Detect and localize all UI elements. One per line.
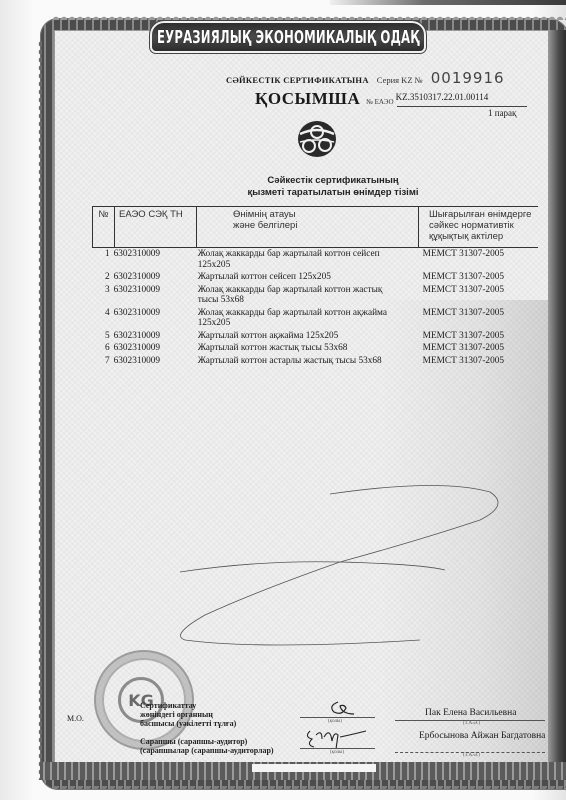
list-title-line2: қызметі таратылатын өнімдер тізімі [150,187,516,199]
row-code: 6302310009 [114,272,196,283]
row-number: 7 [92,356,114,367]
table-row: 36302310009Жолақ жаккарды бар жартылай к… [92,285,537,306]
head-signature-label: Сертификаттау жөніндегі органның басшысы… [140,701,236,728]
frame-scallop-left [36,40,42,780]
product-name-line1: Жартылай коттон сейсеп 125х205 [198,272,413,283]
expert-name: Ербосынова Айжан Багдатовна [419,731,545,741]
row-number: 4 [92,308,114,329]
product-name-line1: Жартылай коттон астарлы жастық тысы 53х6… [198,356,413,367]
row-number: 6 [92,343,114,354]
row-standard: МЕМСТ 31307-2005 [413,249,537,270]
header-code: ЕАЭО СЭҚ ТН [115,207,197,247]
product-name-line1: Жолақ жаккарды бар жартылай коттон сейсе… [198,249,413,260]
certification-emblem-icon [296,120,338,158]
row-standard: МЕМСТ 31307-2005 [413,308,537,329]
row-standard: МЕМСТ 31307-2005 [413,331,537,342]
row-code: 6302310009 [114,343,196,354]
table-row: 76302310009Жартылай коттон астарлы жасты… [92,356,537,367]
list-title-line1: Сәйкестік сертификатының [150,175,516,187]
header-standards: Шығарылған өнімдерге сәйкес нормативтік … [419,207,538,247]
product-name-line2: тысы 53х68 [198,295,413,306]
table-row: 16302310009Жолақ жаккарды бар жартылай к… [92,249,537,270]
row-number: 2 [92,272,114,283]
product-name-line1: Жартылай коттон жастық тысы 53х68 [198,343,413,354]
expert-signature-label: Сарапшы (сарапшы-аудитор) (сарапшылар (с… [140,737,274,755]
product-name-line2: 125х205 [198,260,413,271]
scan-shadow [380,300,548,770]
frame-scallop-bottom [52,786,566,792]
printer-imprint [252,764,376,772]
appendix-title: ҚОСЫМША [255,89,360,109]
expert-name-caption: (Т.А.Ә.) [463,753,480,758]
head-signature-line [300,717,375,718]
row-product-name: Жолақ жаккарды бар жартылай коттон жасты… [196,285,413,306]
row-product-name: Жартылай коттон сейсеп 125х205 [196,272,413,283]
series-label: Серия KZ № [377,75,423,85]
scan-edge [330,0,566,5]
header-name-line2: және белгілері [233,220,414,231]
table-row: 46302310009Жолақ жаккарды бар жартылай к… [92,308,537,329]
registration-number: KZ.3510317.22.01.00114 [396,92,489,102]
row-code: 6302310009 [114,356,196,367]
table-row: 66302310009Жартылай коттон жастық тысы 5… [92,343,537,354]
row-standard: МЕМСТ 31307-2005 [413,272,537,283]
row-product-name: Жартылай коттон жастық тысы 53х68 [196,343,413,354]
row-number: 5 [92,331,114,342]
sheet-count: 1 парақ [488,108,516,118]
header-std-line3: құқықтық актілер [429,231,534,242]
product-name-line1: Жартылай коттон ақжайма 125х205 [198,331,413,342]
frame-scallop-top [52,14,566,20]
row-standard: МЕМСТ 31307-2005 [413,285,537,306]
frame-right-edge [548,30,566,770]
union-banner: ЕУРАЗИЯЛЫҚ ЭКОНОМИКАЛЫҚ ОДАҚ [150,21,426,53]
registration-underline [397,106,527,107]
expert-label-line2: (сарапшылар (сарапшы-аудиторлар) [140,746,274,755]
row-product-name: Жартылай коттон ақжайма 125х205 [196,331,413,342]
row-product-name: Жартылай коттон астарлы жастық тысы 53х6… [196,356,413,367]
row-code: 6302310009 [114,331,196,342]
row-number: 3 [92,285,114,306]
head-label-line1: Сертификаттау [140,701,236,710]
list-title: Сәйкестік сертификатының қызметі таратыл… [150,175,516,199]
row-code: 6302310009 [114,285,196,306]
head-signature-caption: (қолы) [328,719,342,724]
head-name-caption: (Т.А.Ә.) [463,721,480,726]
row-product-name: Жолақ жаккарды бар жартылай коттон сейсе… [196,249,413,270]
header-std-line2: сәйкес нормативтік [429,220,534,231]
product-name-line2: 125х205 [198,318,413,329]
row-code: 6302310009 [114,308,196,329]
header-name-line1: Өнімнің атауы [233,209,414,220]
certificate-label: СӘЙКЕСТІК СЕРТИФИКАТЫНА [226,75,369,85]
row-product-name: Жолақ жаккарды бар жартылай коттон ақжай… [196,308,413,329]
head-name: Пак Елена Васильевна [425,708,516,718]
expert-signature-caption: (қолы) [330,750,344,755]
row-standard: МЕМСТ 31307-2005 [413,343,537,354]
header-product-name: Өнімнің атауы және белгілері [197,207,419,247]
table-row: 26302310009Жартылай коттон сейсеп 125х20… [92,272,537,283]
header-std-line1: Шығарылған өнімдерге [429,209,534,220]
row-code: 6302310009 [114,249,196,270]
certificate-header: СӘЙКЕСТІК СЕРТИФИКАТЫНА Серия KZ № 00199… [226,69,505,87]
banner-text: ЕУРАЗИЯЛЫҚ ЭКОНОМИКАЛЫҚ ОДАҚ [157,26,419,48]
seal-label: М.О. [67,714,84,723]
head-label-line2: жөніндегі органның [140,710,236,719]
table-header: № ЕАЭО СЭҚ ТН Өнімнің атауы және белгіле… [92,206,538,248]
header-number: № [93,207,115,247]
product-list: 16302310009Жолақ жаккарды бар жартылай к… [92,249,537,366]
serial-number: 0019916 [431,69,505,87]
number-label: № ЕАЭО [366,98,393,106]
row-standard: МЕМСТ 31307-2005 [413,356,537,367]
table-row: 56302310009Жартылай коттон ақжайма 125х2… [92,331,537,342]
product-name-line1: Жолақ жаккарды бар жартылай коттон жасты… [198,285,413,296]
product-name-line1: Жолақ жаккарды бар жартылай коттон ақжай… [198,308,413,319]
row-number: 1 [92,249,114,270]
head-label-line3: басшысы (уәкілетті тұлға) [140,719,236,728]
expert-signature-line [300,748,375,749]
expert-label-line1: Сарапшы (сарапшы-аудитор) [140,737,274,746]
